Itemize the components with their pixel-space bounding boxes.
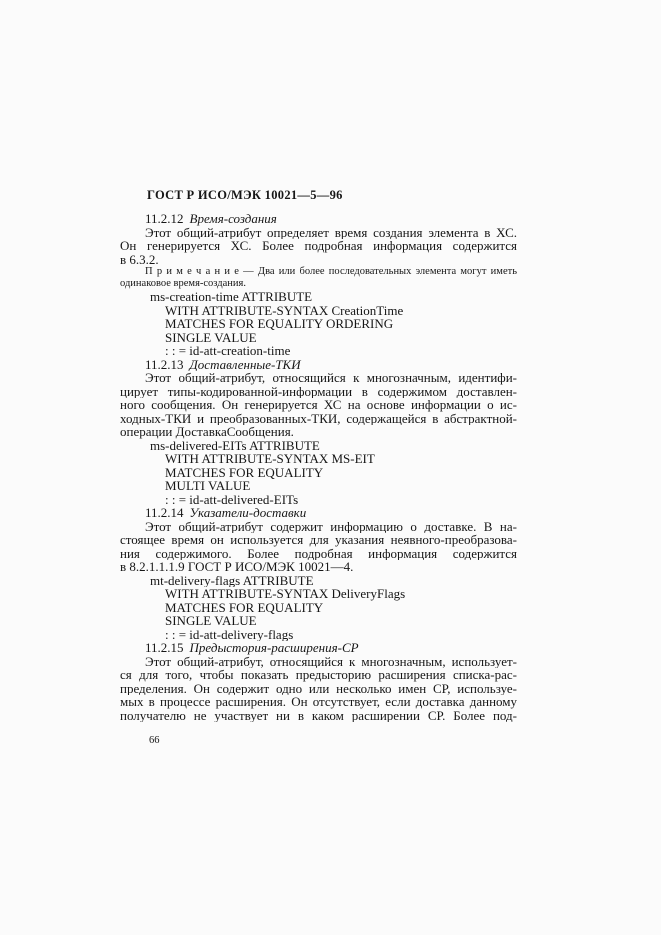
paragraph-line: ходных-ТКИ и преобразованных-ТКИ, содерж…	[120, 412, 517, 426]
asn-attribute-line: MATCHES FOR EQUALITY ORDERING	[120, 317, 517, 331]
page-number: 66	[149, 735, 160, 747]
paragraph-line: стоящее время он используется для указан…	[120, 533, 517, 547]
asn-attribute-line: mt-delivery-flags ATTRIBUTE	[120, 574, 517, 588]
paragraph-line: Этот общий-атрибут, относящийся к многоз…	[120, 371, 517, 385]
paragraph-line: цирует типы-кодированной-информации в со…	[120, 385, 517, 399]
section-heading-11-2-12: 11.2.12Время-создания	[120, 212, 517, 226]
asn-attribute-line: WITH ATTRIBUTE-SYNTAX MS-EIT	[120, 452, 517, 466]
running-head: ГОСТ Р ИСО/МЭК 10021—5—96	[147, 189, 343, 202]
asn-attribute-line: ms-delivered-EITs ATTRIBUTE	[120, 439, 517, 453]
section-number: 11.2.15	[145, 641, 184, 655]
section-number: 11.2.14	[145, 506, 184, 520]
asn-attribute-line: SINGLE VALUE	[120, 331, 517, 345]
paragraph-line: Этот общий-атрибут определяет время созд…	[120, 226, 517, 240]
paragraph-line: операции ДоставкаСообщения.	[120, 425, 517, 439]
asn-attribute-line: ms-creation-time ATTRIBUTE	[120, 290, 517, 304]
paragraph-line: получателю не участвует ни в каком расши…	[120, 709, 517, 723]
section-title: Доставленные-ТКИ	[190, 358, 301, 372]
paragraph-line: Он генерируется ХС. Более подробная инфо…	[120, 239, 517, 253]
paragraph-line: пределения. Он содержит одно или несколь…	[120, 682, 517, 696]
section-title: Указатели-доставки	[190, 506, 307, 520]
section-title: Время-создания	[190, 212, 277, 226]
section-heading-11-2-14: 11.2.14Указатели-доставки	[120, 506, 517, 520]
note-line: П р и м е ч а н и е — Два или более посл…	[120, 266, 517, 278]
asn-attribute-line: SINGLE VALUE	[120, 614, 517, 628]
section-heading-11-2-15: 11.2.15Предыстория-расширения-СР	[120, 641, 517, 655]
note-line: одинаковое время-создания.	[120, 278, 517, 290]
asn-attribute-line: MATCHES FOR EQUALITY	[120, 466, 517, 480]
asn-attribute-line: MULTI VALUE	[120, 479, 517, 493]
section-number: 11.2.12	[145, 212, 184, 226]
asn-attribute-line: : : = id-att-creation-time	[120, 344, 517, 358]
paragraph-line: Этот общий-атрибут содержит информацию о…	[120, 520, 517, 534]
paragraph-line: Этот общий-атрибут, относящийся к многоз…	[120, 655, 517, 669]
document-page: ГОСТ Р ИСО/МЭК 10021—5—96 11.2.12Время-с…	[0, 0, 661, 935]
asn-attribute-line: : : = id-att-delivery-flags	[120, 628, 517, 642]
paragraph-line: мых в процессе расширения. Он отсутствуе…	[120, 695, 517, 709]
section-heading-11-2-13: 11.2.13Доставленные-ТКИ	[120, 358, 517, 372]
section-number: 11.2.13	[145, 358, 184, 372]
paragraph-line: ния содержимого. Более подробная информа…	[120, 547, 517, 561]
paragraph-line: ся для того, чтобы показать предысторию …	[120, 668, 517, 682]
asn-attribute-line: MATCHES FOR EQUALITY	[120, 601, 517, 615]
document-body: 11.2.12Время-создания Этот общий-атрибут…	[120, 212, 517, 722]
asn-attribute-line: WITH ATTRIBUTE-SYNTAX CreationTime	[120, 304, 517, 318]
asn-attribute-line: WITH ATTRIBUTE-SYNTAX DeliveryFlags	[120, 587, 517, 601]
paragraph-line: в 8.2.1.1.1.9 ГОСТ Р ИСО/МЭК 10021—4.	[120, 560, 517, 574]
paragraph-line: в 6.3.2.	[120, 253, 517, 267]
asn-attribute-line: : : = id-att-delivered-EITs	[120, 493, 517, 507]
paragraph-line: ного сообщения. Он генерируется ХС на ос…	[120, 398, 517, 412]
section-title: Предыстория-расширения-СР	[190, 641, 359, 655]
